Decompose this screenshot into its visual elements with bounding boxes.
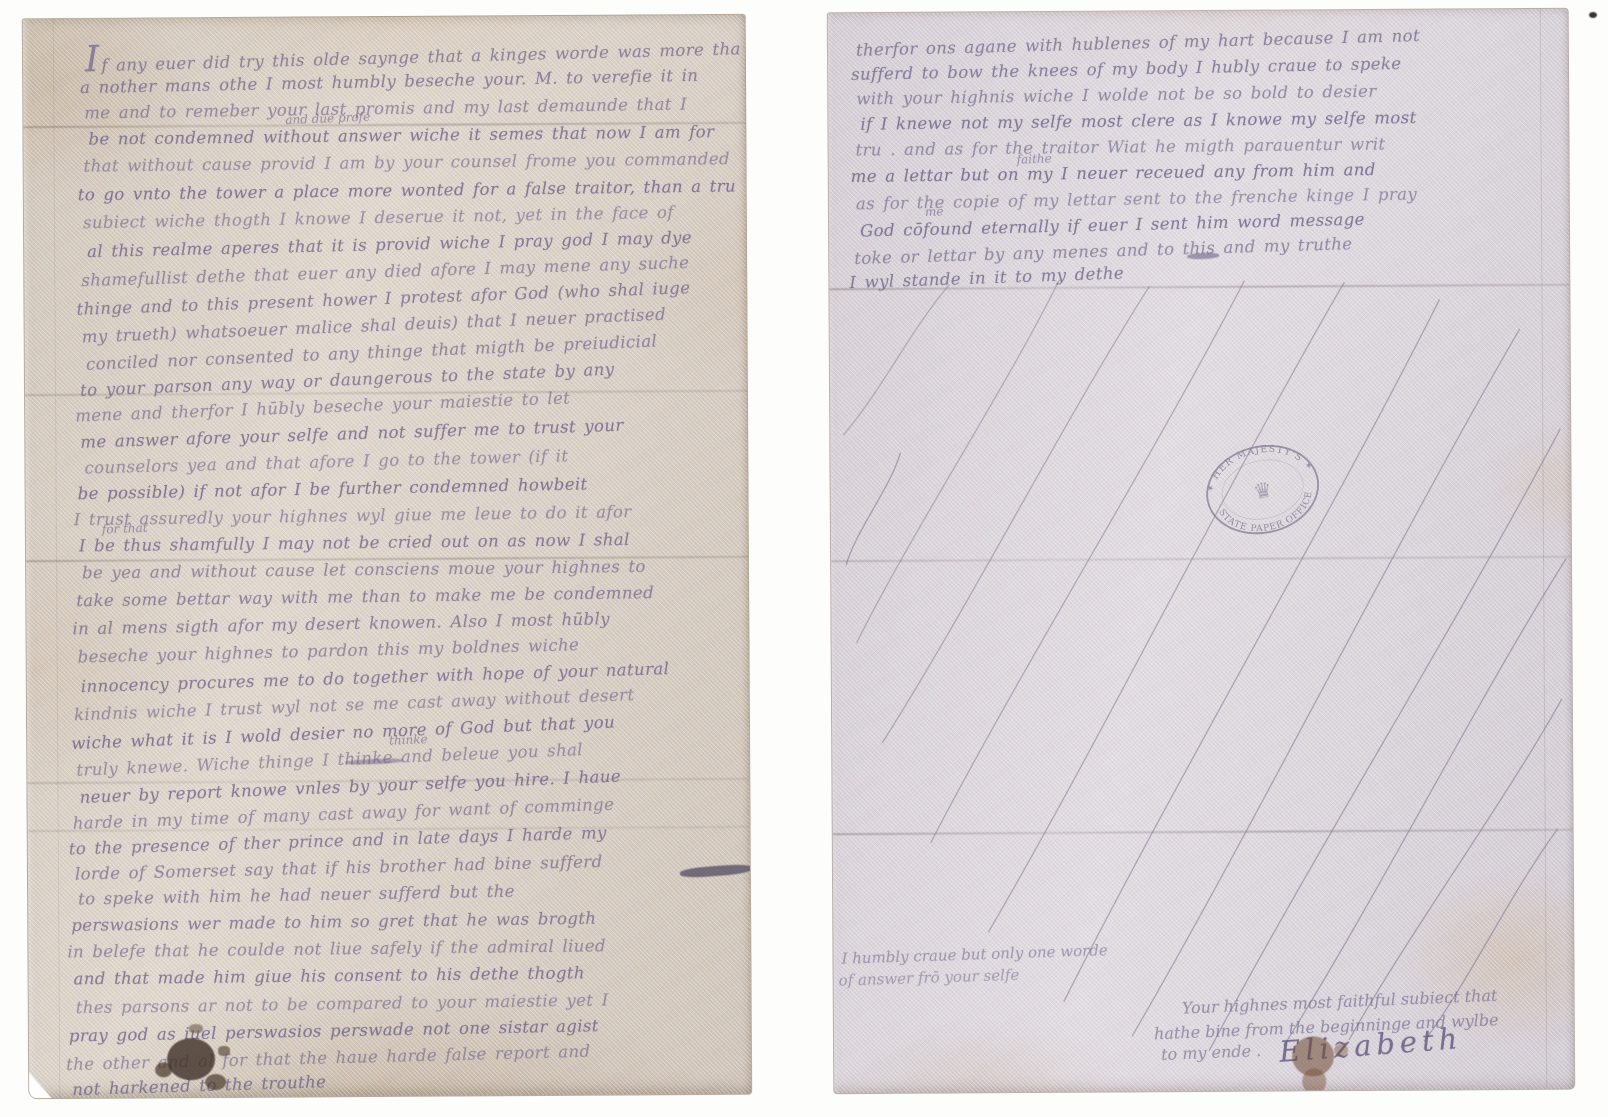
page2-postscript-block: I humbly craue but only one wordeof answ… <box>828 9 1568 14</box>
scribble-line <box>845 453 901 565</box>
page1-ink-blots <box>23 15 745 19</box>
ink-blot <box>680 863 753 878</box>
fold-line <box>833 829 1573 836</box>
stamp-inner-ring <box>1216 453 1309 527</box>
scribble-line <box>1205 429 1564 1051</box>
manuscript-line: subiect wiche thogth I knowe I deserue i… <box>83 202 674 232</box>
ink-blot <box>1187 252 1219 259</box>
manuscript-line: that without cause provid I am by your c… <box>83 150 730 176</box>
page2-interlinear-insertions: faitheme <box>828 9 1568 14</box>
manuscript-line: perswasions wer made to him so gret that… <box>71 909 596 935</box>
page2-closing-block: Your highnes most faithful subiect thath… <box>828 9 1568 14</box>
dust-speck <box>1589 12 1597 18</box>
manuscript-line: toke or lettar by any menes and to this … <box>854 234 1353 268</box>
manuscript-line: I be thus shamfully I may not be cried o… <box>79 530 630 555</box>
manuscript-line: counselors yea and that afore I go to th… <box>84 446 568 477</box>
page1-text-block: If any euer did try this olde saynge tha… <box>23 15 745 19</box>
stamp-top-text: ✶ HER MAJESTY'S ✶ <box>1198 433 1317 495</box>
manuscript-snippet: for that <box>102 521 148 537</box>
ink-blot <box>205 1074 226 1090</box>
manuscript-line: with your highnis wiche I wolde not be s… <box>856 82 1377 109</box>
scribble-line <box>879 286 1152 743</box>
svg-text:✶ HER MAJESTY'S ✶: ✶ HER MAJESTY'S ✶ <box>1198 433 1317 495</box>
stamp-bottom-text: STATE PAPER OFFICE <box>1216 488 1322 543</box>
manuscript-snippet: faithe <box>1016 151 1052 166</box>
manuscript-line: and that made him giue his consent to hi… <box>74 964 586 989</box>
manuscript-line: to go vnto the tower a place more wonted… <box>78 176 736 204</box>
page2-text-block: therfor ons agane with hublenes of my ha… <box>828 9 1568 14</box>
manuscript-line: me a lettar but on my I neuer receued an… <box>850 160 1375 186</box>
manuscript-line: in belefe that he coulde not liue safely… <box>68 937 607 962</box>
manuscript-line: in al mens sigth afor my desert knowen. … <box>72 609 610 638</box>
manuscript-line: the other and al for that the haue harde… <box>66 1041 591 1073</box>
manuscript-line: be yea and without cause let consciens m… <box>82 557 646 583</box>
svg-text:STATE PAPER OFFICE: STATE PAPER OFFICE <box>1216 488 1322 543</box>
manuscript-line: if I knewe not my selfe most clere as I … <box>860 108 1416 134</box>
scribble-line <box>842 285 950 436</box>
manuscript-snippet: thinke <box>389 732 428 748</box>
scribble-line <box>1059 300 1443 1002</box>
manuscript-snippet: I humbly craue but only one worde <box>841 941 1108 968</box>
crease-line <box>53 19 61 1098</box>
crease-line <box>1540 9 1548 1089</box>
letter-page-2: therfor ons agane with hublenes of my ha… <box>827 8 1576 1095</box>
manuscript-line: take some bettar way with me than to mak… <box>76 583 654 610</box>
stamp-crest-icon: ♛ <box>1251 477 1275 504</box>
torn-corner <box>27 1070 53 1099</box>
manuscript-snippet: of answer frō your selfe <box>838 966 1019 990</box>
page1-interlinear-insertions: and due profefor thatthinke <box>23 15 745 19</box>
state-paper-office-stamp: ✶ HER MAJESTY'S ✶ STATE PAPER OFFICE ♛ <box>1182 415 1343 566</box>
page2-ink-blots <box>828 9 1568 14</box>
ink-blot <box>218 1046 230 1056</box>
manuscript-line: I trust assuredly your highnes wyl giue … <box>73 502 631 529</box>
scribble-line <box>854 280 1061 643</box>
ink-blot <box>167 1038 215 1080</box>
ink-blot <box>1302 1068 1326 1094</box>
scribble-line <box>984 282 1348 932</box>
manuscript-line: to speke with him he had neuer sufferd b… <box>78 882 515 909</box>
manuscript-snippet: me <box>925 204 944 219</box>
manuscript-line: be possible) if not afor I be further co… <box>78 474 588 503</box>
scribble-line <box>1281 559 1569 1046</box>
ink-blot <box>1334 1044 1348 1056</box>
manuscript-line: beseche your highnes to pardon this my b… <box>78 635 580 666</box>
manuscript-line: lorde of Somerset say that if his brothe… <box>75 852 603 884</box>
manuscript-line: thes parsons ar not to be compared to yo… <box>76 990 609 1017</box>
fold-line <box>831 556 1571 563</box>
manuscript-line: sufferd to bow the knees of my body I hu… <box>851 54 1402 84</box>
ink-blot <box>189 1024 203 1033</box>
manuscript-line: be not condemned without answer wiche it… <box>89 122 715 149</box>
manuscript-line: pray god as iuel perswasios perswade not… <box>69 1016 599 1045</box>
letter-page-1: If any euer did try this olde saynge tha… <box>22 14 753 1099</box>
manuscript-snippet: to my ende . <box>1161 1041 1262 1064</box>
scribble-line <box>1128 329 1524 1036</box>
stamp-outer-ring <box>1199 436 1327 544</box>
manuscript-line: me and to remeber your last promis and m… <box>84 95 687 123</box>
scanned-letter: If any euer did try this olde saynge tha… <box>0 0 1608 1117</box>
manuscript-snippet: and due profe <box>285 110 370 127</box>
scribble-line <box>927 281 1247 843</box>
manuscript-line: I wyl stande in it to my dethe <box>849 263 1124 292</box>
manuscript-line: tru . and as for the traitor Wiat he mig… <box>855 134 1385 159</box>
ink-blot <box>155 1062 172 1077</box>
